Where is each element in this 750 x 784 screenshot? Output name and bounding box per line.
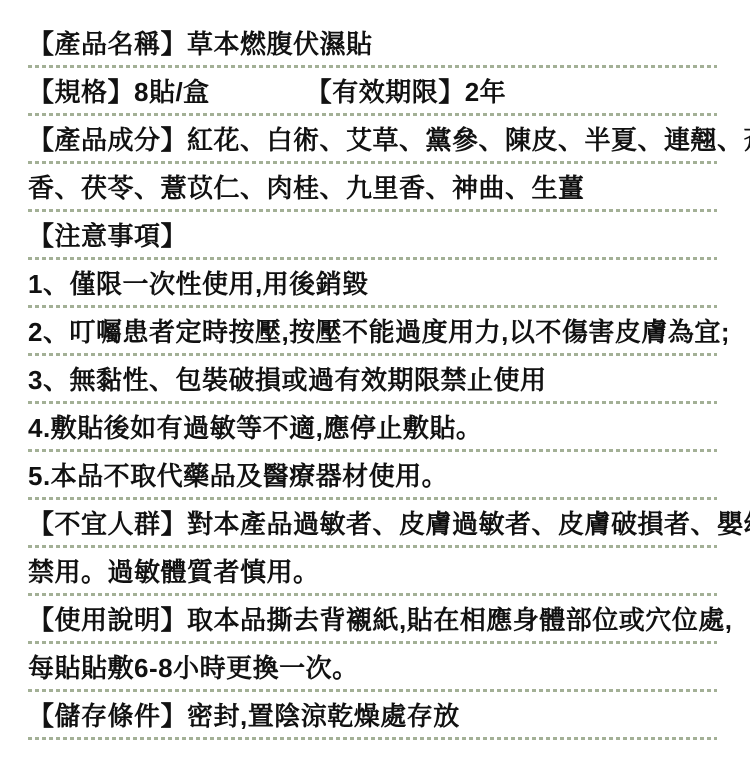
spec-text: 【規格】8貼/盒 xyxy=(28,72,210,109)
precaution-text-4: 4.敷貼後如有過敏等不適,應停止敷貼。 xyxy=(28,408,482,445)
usage-instructions-line-1: 【使用說明】取本品撕去背襯紙,貼在相應身體部位或穴位處, xyxy=(0,596,750,641)
product-name-text: 【產品名稱】草本燃腹伏濕貼 xyxy=(28,24,373,61)
unsuitable-groups-text-1: 【不宜人群】對本產品過敏者、皮膚過敏者、皮膚破損者、嬰幼兒 xyxy=(28,504,750,541)
ingredients-text-2: 香、茯苓、薏苡仁、肉桂、九里香、神曲、生薑 xyxy=(28,168,585,205)
precaution-item-5: 5.本品不取代藥品及醫療器材使用。 xyxy=(0,452,750,497)
precaution-item-1: 1、僅限一次性使用,用後銷毀 xyxy=(0,260,750,305)
precaution-text-1: 1、僅限一次性使用,用後銷毀 xyxy=(28,264,369,301)
precautions-heading: 【注意事項】 xyxy=(0,212,750,257)
storage-conditions-line: 【儲存條件】密封,置陰涼乾燥處存放 xyxy=(0,692,750,737)
ingredients-line-2: 香、茯苓、薏苡仁、肉桂、九里香、神曲、生薑 xyxy=(0,164,750,209)
precaution-item-4: 4.敷貼後如有過敏等不適,應停止敷貼。 xyxy=(0,404,750,449)
unsuitable-groups-line-1: 【不宜人群】對本產品過敏者、皮膚過敏者、皮膚破損者、嬰幼兒 xyxy=(0,500,750,545)
precaution-item-3: 3、無黏性、包裝破損或過有效期限禁止使用 xyxy=(0,356,750,401)
usage-instructions-text-1: 【使用說明】取本品撕去背襯紙,貼在相應身體部位或穴位處, xyxy=(28,600,732,637)
precaution-item-2: 2、叮囑患者定時按壓,按壓不能過度用力,以不傷害皮膚為宜; xyxy=(0,308,750,353)
ingredients-text-1: 【產品成分】紅花、白術、艾草、黨參、陳皮、半夏、連翹、蒼術、藿 xyxy=(28,120,750,157)
expiry-text: 【有效期限】2年 xyxy=(306,72,506,109)
precautions-heading-text: 【注意事項】 xyxy=(28,216,187,253)
product-info-sheet: 【產品名稱】草本燃腹伏濕貼 【規格】8貼/盒 【有效期限】2年 【產品成分】紅花… xyxy=(0,0,750,740)
product-name-line: 【產品名稱】草本燃腹伏濕貼 xyxy=(0,20,750,65)
unsuitable-groups-text-2: 禁用。過敏體質者慎用。 xyxy=(28,552,320,589)
usage-instructions-line-2: 每貼貼敷6-8小時更換一次。 xyxy=(0,644,750,689)
precaution-text-2: 2、叮囑患者定時按壓,按壓不能過度用力,以不傷害皮膚為宜; xyxy=(28,312,730,349)
spec-expiry-line: 【規格】8貼/盒 【有效期限】2年 xyxy=(0,68,750,113)
precaution-text-3: 3、無黏性、包裝破損或過有效期限禁止使用 xyxy=(28,360,546,397)
storage-conditions-text: 【儲存條件】密封,置陰涼乾燥處存放 xyxy=(28,696,460,733)
precaution-text-5: 5.本品不取代藥品及醫療器材使用。 xyxy=(28,456,448,493)
ingredients-line-1: 【產品成分】紅花、白術、艾草、黨參、陳皮、半夏、連翹、蒼術、藿 xyxy=(0,116,750,161)
divider xyxy=(28,737,717,740)
unsuitable-groups-line-2: 禁用。過敏體質者慎用。 xyxy=(0,548,750,593)
usage-instructions-text-2: 每貼貼敷6-8小時更換一次。 xyxy=(28,648,359,685)
